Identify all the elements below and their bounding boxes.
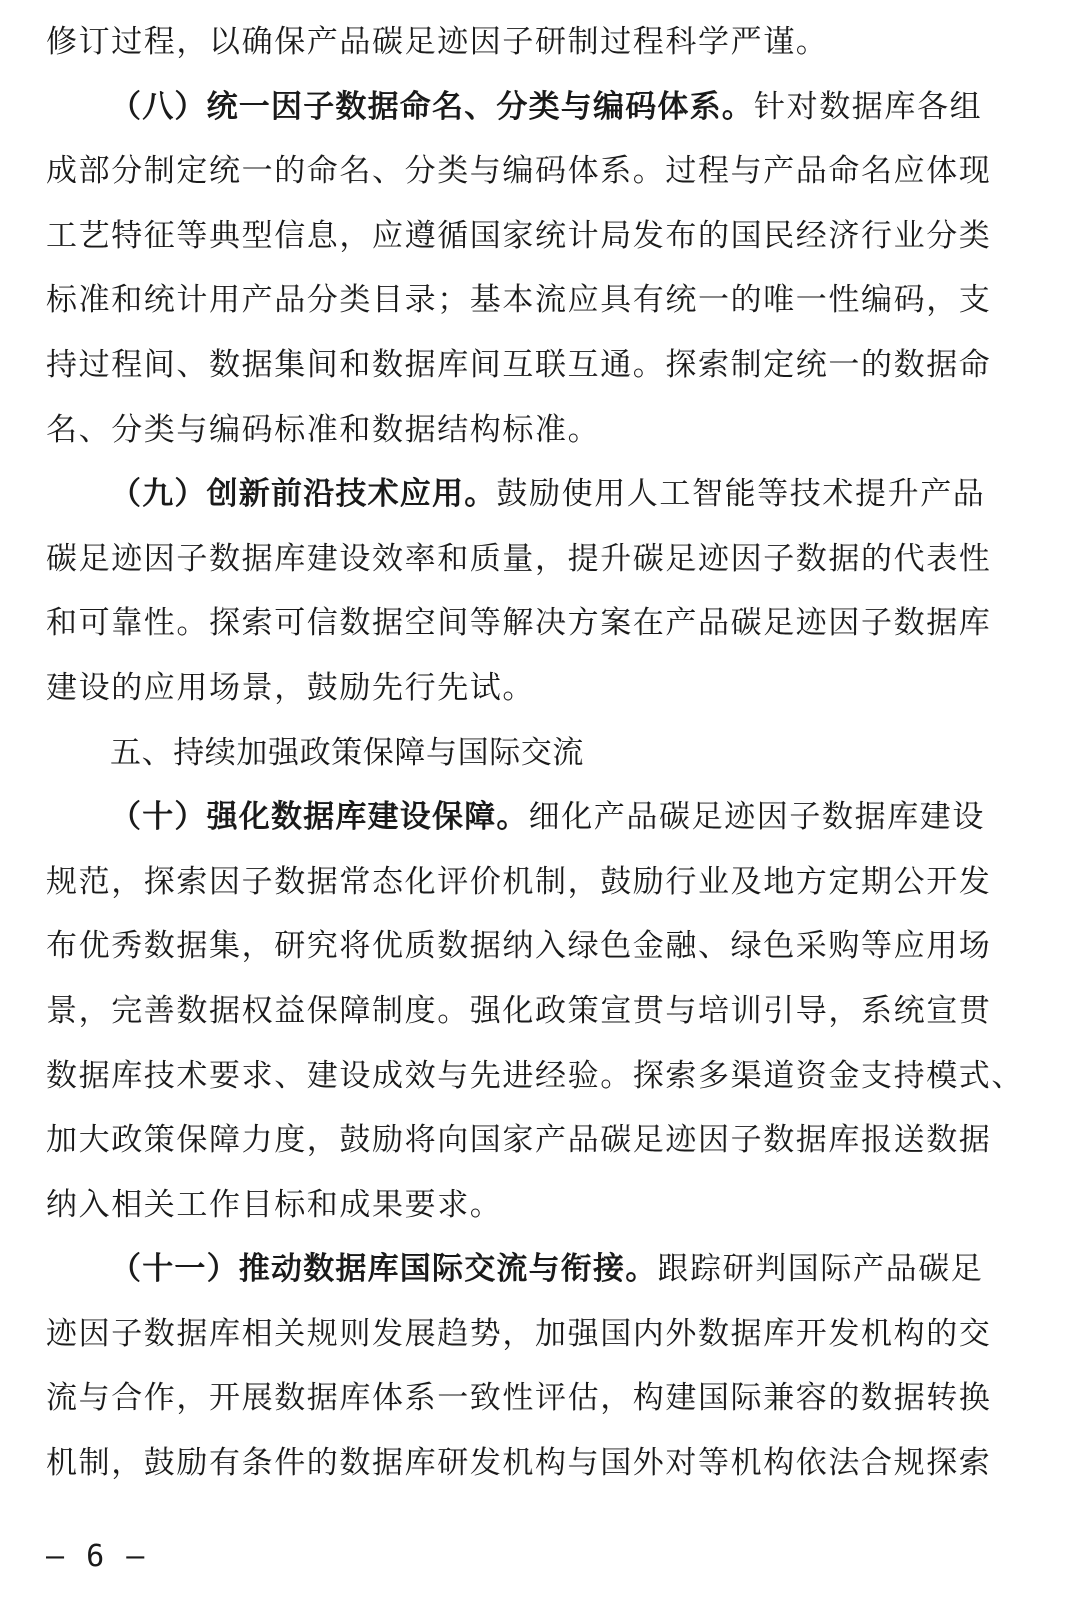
body-text: 成部分制定统一的命名、分类与编码体系。过程与产品命名应体现 bbox=[46, 153, 991, 189]
paragraph-line: 修订过程，以确保产品碳足迹因子研制过程科学严谨。 bbox=[46, 10, 1006, 75]
body-text: 修订过程，以确保产品碳足迹因子研制过程科学严谨。 bbox=[46, 24, 828, 60]
section-11-title: （十一）推动数据库国际交流与衔接。 bbox=[110, 1251, 657, 1287]
paragraph-line: 工艺特征等典型信息，应遵循国家统计局发布的国民经济行业分类 bbox=[46, 204, 1006, 269]
paragraph-line: 流与合作，开展数据库体系一致性评估，构建国际兼容的数据转换 bbox=[46, 1366, 1006, 1431]
paragraph-line: 标准和统计用产品分类目录；基本流应具有统一的唯一性编码，支 bbox=[46, 268, 1006, 333]
page-number: — 6 — bbox=[46, 1532, 146, 1582]
body-text: 纳入相关工作目标和成果要求。 bbox=[46, 1187, 502, 1223]
paragraph-line: 规范，探索因子数据常态化评价机制，鼓励行业及地方定期公开发 bbox=[46, 850, 1006, 915]
body-text: 规范，探索因子数据常态化评价机制，鼓励行业及地方定期公开发 bbox=[46, 864, 991, 900]
paragraph-line: 成部分制定统一的命名、分类与编码体系。过程与产品命名应体现 bbox=[46, 139, 1006, 204]
paragraph-line: 景，完善数据权益保障制度。强化政策宣贯与培训引导，系统宣贯 bbox=[46, 979, 1006, 1044]
part-5-title: 五、持续加强政策保障与国际交流 bbox=[110, 735, 584, 771]
paragraph-line: 纳入相关工作目标和成果要求。 bbox=[46, 1173, 1006, 1238]
body-text: 工艺特征等典型信息，应遵循国家统计局发布的国民经济行业分类 bbox=[46, 218, 991, 254]
document-page: 修订过程，以确保产品碳足迹因子研制过程科学严谨。 （八）统一因子数据命名、分类与… bbox=[46, 10, 1006, 1496]
section-10-title: （十）强化数据库建设保障。 bbox=[110, 799, 529, 835]
body-text: 景，完善数据权益保障制度。强化政策宣贯与培训引导，系统宣贯 bbox=[46, 993, 991, 1029]
body-text: 鼓励使用人工智能等技术提升产品 bbox=[496, 476, 985, 512]
body-text: 流与合作，开展数据库体系一致性评估，构建国际兼容的数据转换 bbox=[46, 1380, 991, 1416]
body-text: 持过程间、数据集间和数据库间互联互通。探索制定统一的数据命 bbox=[46, 347, 991, 383]
section-8-title: （八）统一因子数据命名、分类与编码体系。 bbox=[110, 89, 754, 125]
section-9-heading-line: （九）创新前沿技术应用。鼓励使用人工智能等技术提升产品 bbox=[46, 462, 1006, 527]
paragraph-line: 布优秀数据集，研究将优质数据纳入绿色金融、绿色采购等应用场 bbox=[46, 914, 1006, 979]
body-text: 细化产品碳足迹因子数据库建设 bbox=[529, 799, 985, 835]
body-text: 针对数据库各组 bbox=[754, 89, 982, 125]
body-text: 机制，鼓励有条件的数据库研发机构与国外对等机构依法合规探索 bbox=[46, 1445, 991, 1481]
body-text: 和可靠性。探索可信数据空间等解决方案在产品碳足迹因子数据库 bbox=[46, 605, 991, 641]
paragraph-line: 名、分类与编码标准和数据结构标准。 bbox=[46, 398, 1006, 463]
section-8-heading-line: （八）统一因子数据命名、分类与编码体系。针对数据库各组 bbox=[46, 75, 1006, 140]
section-10-heading-line: （十）强化数据库建设保障。细化产品碳足迹因子数据库建设 bbox=[46, 785, 1006, 850]
part-5-heading-line: 五、持续加强政策保障与国际交流 bbox=[46, 721, 1006, 786]
body-text: 迹因子数据库相关规则发展趋势，加强国内外数据库开发机构的交 bbox=[46, 1316, 991, 1352]
body-text: 碳足迹因子数据库建设效率和质量，提升碳足迹因子数据的代表性 bbox=[46, 541, 991, 577]
paragraph-line: 迹因子数据库相关规则发展趋势，加强国内外数据库开发机构的交 bbox=[46, 1302, 1006, 1367]
body-text: 布优秀数据集，研究将优质数据纳入绿色金融、绿色采购等应用场 bbox=[46, 928, 991, 964]
body-text: 加大政策保障力度，鼓励将向国家产品碳足迹因子数据库报送数据 bbox=[46, 1122, 991, 1158]
section-11-heading-line: （十一）推动数据库国际交流与衔接。跟踪研判国际产品碳足 bbox=[46, 1237, 1006, 1302]
body-text: 建设的应用场景，鼓励先行先试。 bbox=[46, 670, 535, 706]
section-9-title: （九）创新前沿技术应用。 bbox=[110, 476, 496, 512]
paragraph-line: 建设的应用场景，鼓励先行先试。 bbox=[46, 656, 1006, 721]
paragraph-line: 持过程间、数据集间和数据库间互联互通。探索制定统一的数据命 bbox=[46, 333, 1006, 398]
paragraph-line: 和可靠性。探索可信数据空间等解决方案在产品碳足迹因子数据库 bbox=[46, 591, 1006, 656]
paragraph-line: 机制，鼓励有条件的数据库研发机构与国外对等机构依法合规探索 bbox=[46, 1431, 1006, 1496]
body-text: 标准和统计用产品分类目录；基本流应具有统一的唯一性编码，支 bbox=[46, 282, 991, 318]
body-text: 跟踪研判国际产品碳足 bbox=[657, 1251, 983, 1287]
body-text: 数据库技术要求、建设成效与先进经验。探索多渠道资金支持模式、 bbox=[46, 1058, 1024, 1094]
paragraph-line: 数据库技术要求、建设成效与先进经验。探索多渠道资金支持模式、 bbox=[46, 1044, 1006, 1109]
paragraph-line: 加大政策保障力度，鼓励将向国家产品碳足迹因子数据库报送数据 bbox=[46, 1108, 1006, 1173]
paragraph-line: 碳足迹因子数据库建设效率和质量，提升碳足迹因子数据的代表性 bbox=[46, 527, 1006, 592]
body-text: 名、分类与编码标准和数据结构标准。 bbox=[46, 412, 600, 448]
